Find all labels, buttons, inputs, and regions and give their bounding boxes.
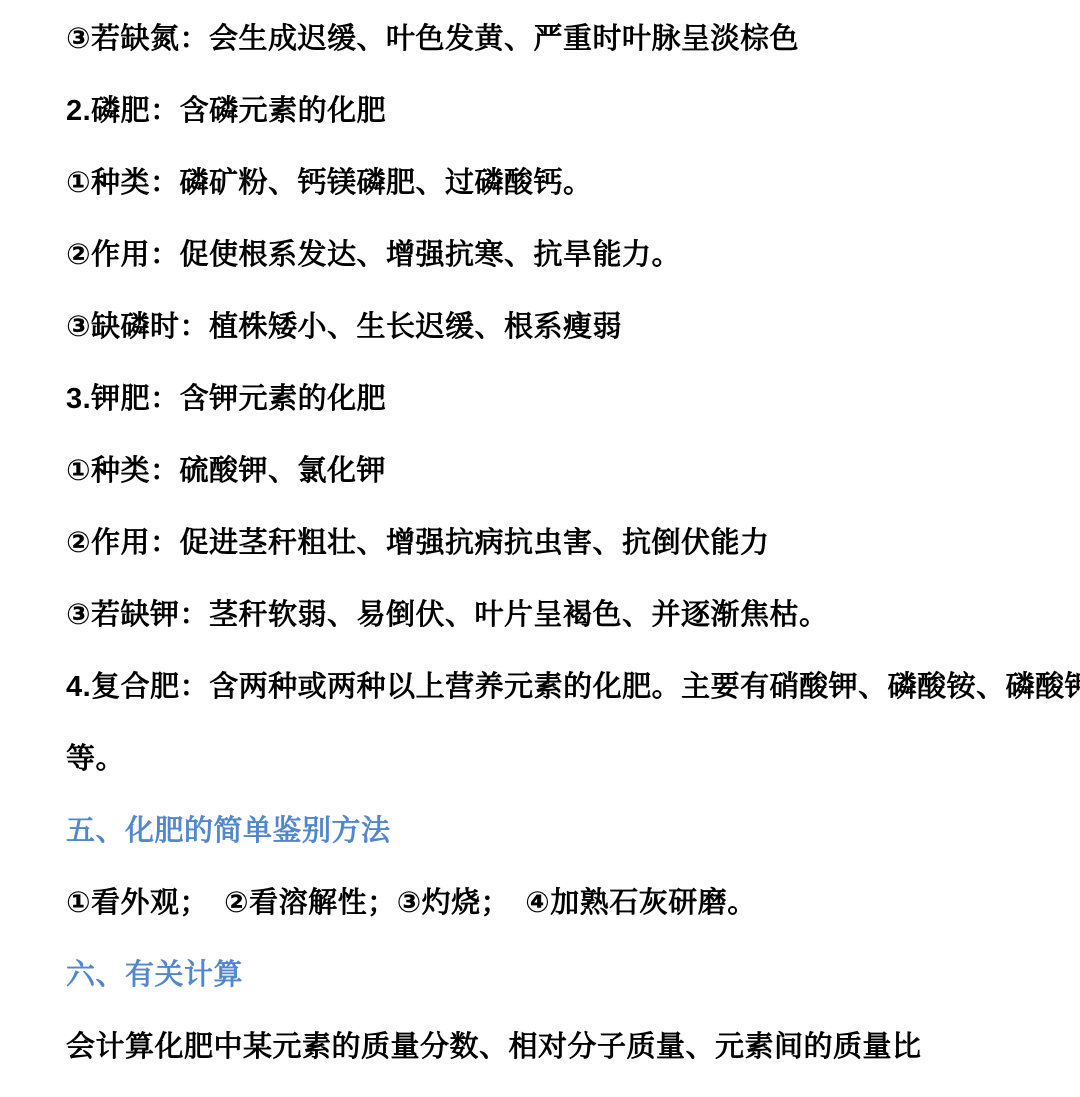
note-line-identification-steps: ①看外观； ②看溶解性；③灼烧； ④加熟石灰研磨。 — [66, 867, 1030, 939]
note-line-compound-fertilizer-wrap: 等。 — [66, 723, 1030, 795]
note-line-phosphate-function: ②作用：促使根系发达、增强抗寒、抗旱能力。 — [66, 219, 1030, 291]
note-line-calculation-skills: 会计算化肥中某元素的质量分数、相对分子质量、元素间的质量比 — [66, 1011, 1030, 1083]
note-line-phosphate-types: ①种类：磷矿粉、钙镁磷肥、过磷酸钙。 — [66, 147, 1030, 219]
note-line-nitrogen-deficiency: ③若缺氮：会生成迟缓、叶色发黄、严重时叶脉呈淡棕色 — [66, 3, 1030, 75]
note-line-compound-fertilizer: 4.复合肥：含两种或两种以上营养元素的化肥。主要有硝酸钾、磷酸铵、磷酸钾 — [66, 651, 1030, 723]
section-heading-identification-methods: 五、化肥的简单鉴别方法 — [66, 795, 1030, 867]
note-line-potash-function: ②作用：促进茎秆粗壮、增强抗病抗虫害、抗倒伏能力 — [66, 507, 1030, 579]
note-line-potash-types: ①种类：硫酸钾、氯化钾 — [66, 435, 1030, 507]
note-line-potash-fertilizer-title: 3.钾肥：含钾元素的化肥 — [66, 363, 1030, 435]
note-line-potash-deficiency: ③若缺钾：茎秆软弱、易倒伏、叶片呈褐色、并逐渐焦枯。 — [66, 579, 1030, 651]
document-page: ③若缺氮：会生成迟缓、叶色发黄、严重时叶脉呈淡棕色 2.磷肥：含磷元素的化肥 ①… — [0, 0, 1080, 1097]
section-heading-calculations: 六、有关计算 — [66, 939, 1030, 1011]
note-line-phosphate-deficiency: ③缺磷时：植株矮小、生长迟缓、根系瘦弱 — [66, 291, 1030, 363]
note-line-phosphate-fertilizer-title: 2.磷肥：含磷元素的化肥 — [66, 75, 1030, 147]
